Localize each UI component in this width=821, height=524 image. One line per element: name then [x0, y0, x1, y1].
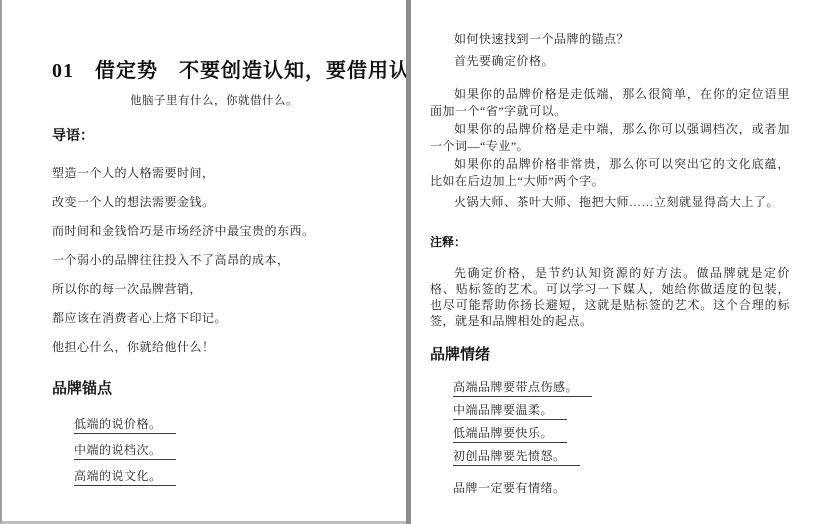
lead-paragraph: 都应该在消费者心上烙下印记。 — [52, 311, 376, 325]
page-right-content: 如何快速找到一个品牌的锚点？ 首先要确定价格。 如果你的品牌价格是走低端，那么很… — [411, 0, 819, 496]
emotion-list: 高端品牌要带点伤感。 中端品牌要温柔。 低端品牌要快乐。 初创品牌要先愤怒。 — [453, 380, 790, 466]
anchor-section-heading: 品牌锚点 — [52, 377, 376, 398]
lead-paragraph: 塑造一个人的人格需要时间， — [52, 166, 376, 180]
list-item: 低端品牌要快乐。 — [453, 426, 790, 443]
note-heading: 注释： — [430, 233, 790, 250]
lead-paragraph: 所以你的每一次品牌营销， — [52, 282, 376, 296]
two-page-spread: 01 借定势 不要创造认知，要借用认知 他脑子里有什么，你就借什么。 导语： 塑… — [0, 0, 821, 524]
lead-heading: 导语： — [52, 125, 376, 145]
list-item: 中端的说档次。 — [74, 443, 376, 460]
body-paragraph: 如果你的品牌价格非常贵，那么你可以突出它的文化底蕴，比如在后边加上“大师”两个字… — [430, 156, 790, 190]
list-item: 初创品牌要先愤怒。 — [453, 449, 790, 466]
emotion-section-heading: 品牌情绪 — [430, 343, 790, 364]
lead-paragraph: 他担心什么，你就给他什么！ — [52, 340, 376, 354]
underlined-text: 中端品牌要温柔。 — [453, 403, 567, 420]
list-item: 中端品牌要温柔。 — [453, 403, 790, 420]
underlined-text: 高端品牌要带点伤感。 — [453, 380, 592, 397]
intro-line: 如何快速找到一个品牌的锚点？ — [430, 32, 790, 47]
underlined-text: 低端的说价格。 — [74, 417, 176, 434]
underlined-text: 中端的说档次。 — [74, 443, 176, 460]
document-page-right: 如何快速找到一个品牌的锚点？ 首先要确定价格。 如果你的品牌价格是走低端，那么很… — [411, 0, 819, 524]
chapter-title: 01 借定势 不要创造认知，要借用认知 — [52, 58, 376, 84]
body-paragraph: 如果你的品牌价格是走低端，那么很简单，在你的定位语里面加一个“省”字就可以。 — [430, 86, 790, 120]
page-left-content: 01 借定势 不要创造认知，要借用认知 他脑子里有什么，你就借什么。 导语： 塑… — [2, 0, 406, 486]
list-item: 高端品牌要带点伤感。 — [453, 380, 790, 397]
lead-paragraph: 而时间和金钱恰巧是市场经济中最宝贵的东西。 — [52, 224, 376, 238]
lead-paragraph: 一个弱小的品牌往往投入不了高昂的成本， — [52, 253, 376, 267]
document-page-left: 01 借定势 不要创造认知，要借用认知 他脑子里有什么，你就借什么。 导语： 塑… — [0, 0, 406, 524]
body-paragraph: 如果你的品牌价格是走中端，那么你可以强调档次，或者加一个词—“专业”。 — [430, 121, 790, 155]
note-paragraph: 先确定价格，是节约认知资源的好方法。做品牌就是定价格、贴标签的艺术。可以学习一下… — [430, 265, 790, 329]
body-paragraph: 火锅大师、茶叶大师、拖把大师……立刻就显得高大上了。 — [430, 194, 790, 211]
list-item: 低端的说价格。 — [74, 417, 376, 434]
lead-paragraph: 改变一个人的想法需要金钱。 — [52, 195, 376, 209]
list-item: 高端的说文化。 — [74, 469, 376, 486]
intro-line: 首先要确定价格。 — [430, 54, 790, 69]
anchor-list: 低端的说价格。 中端的说档次。 高端的说文化。 — [74, 417, 376, 486]
underlined-text: 低端品牌要快乐。 — [453, 426, 567, 443]
underlined-text: 初创品牌要先愤怒。 — [453, 449, 580, 466]
emotion-footer: 品牌一定要有情绪。 — [453, 479, 790, 496]
underlined-text: 高端的说文化。 — [74, 469, 176, 486]
chapter-subtitle: 他脑子里有什么，你就借什么。 — [52, 92, 376, 108]
